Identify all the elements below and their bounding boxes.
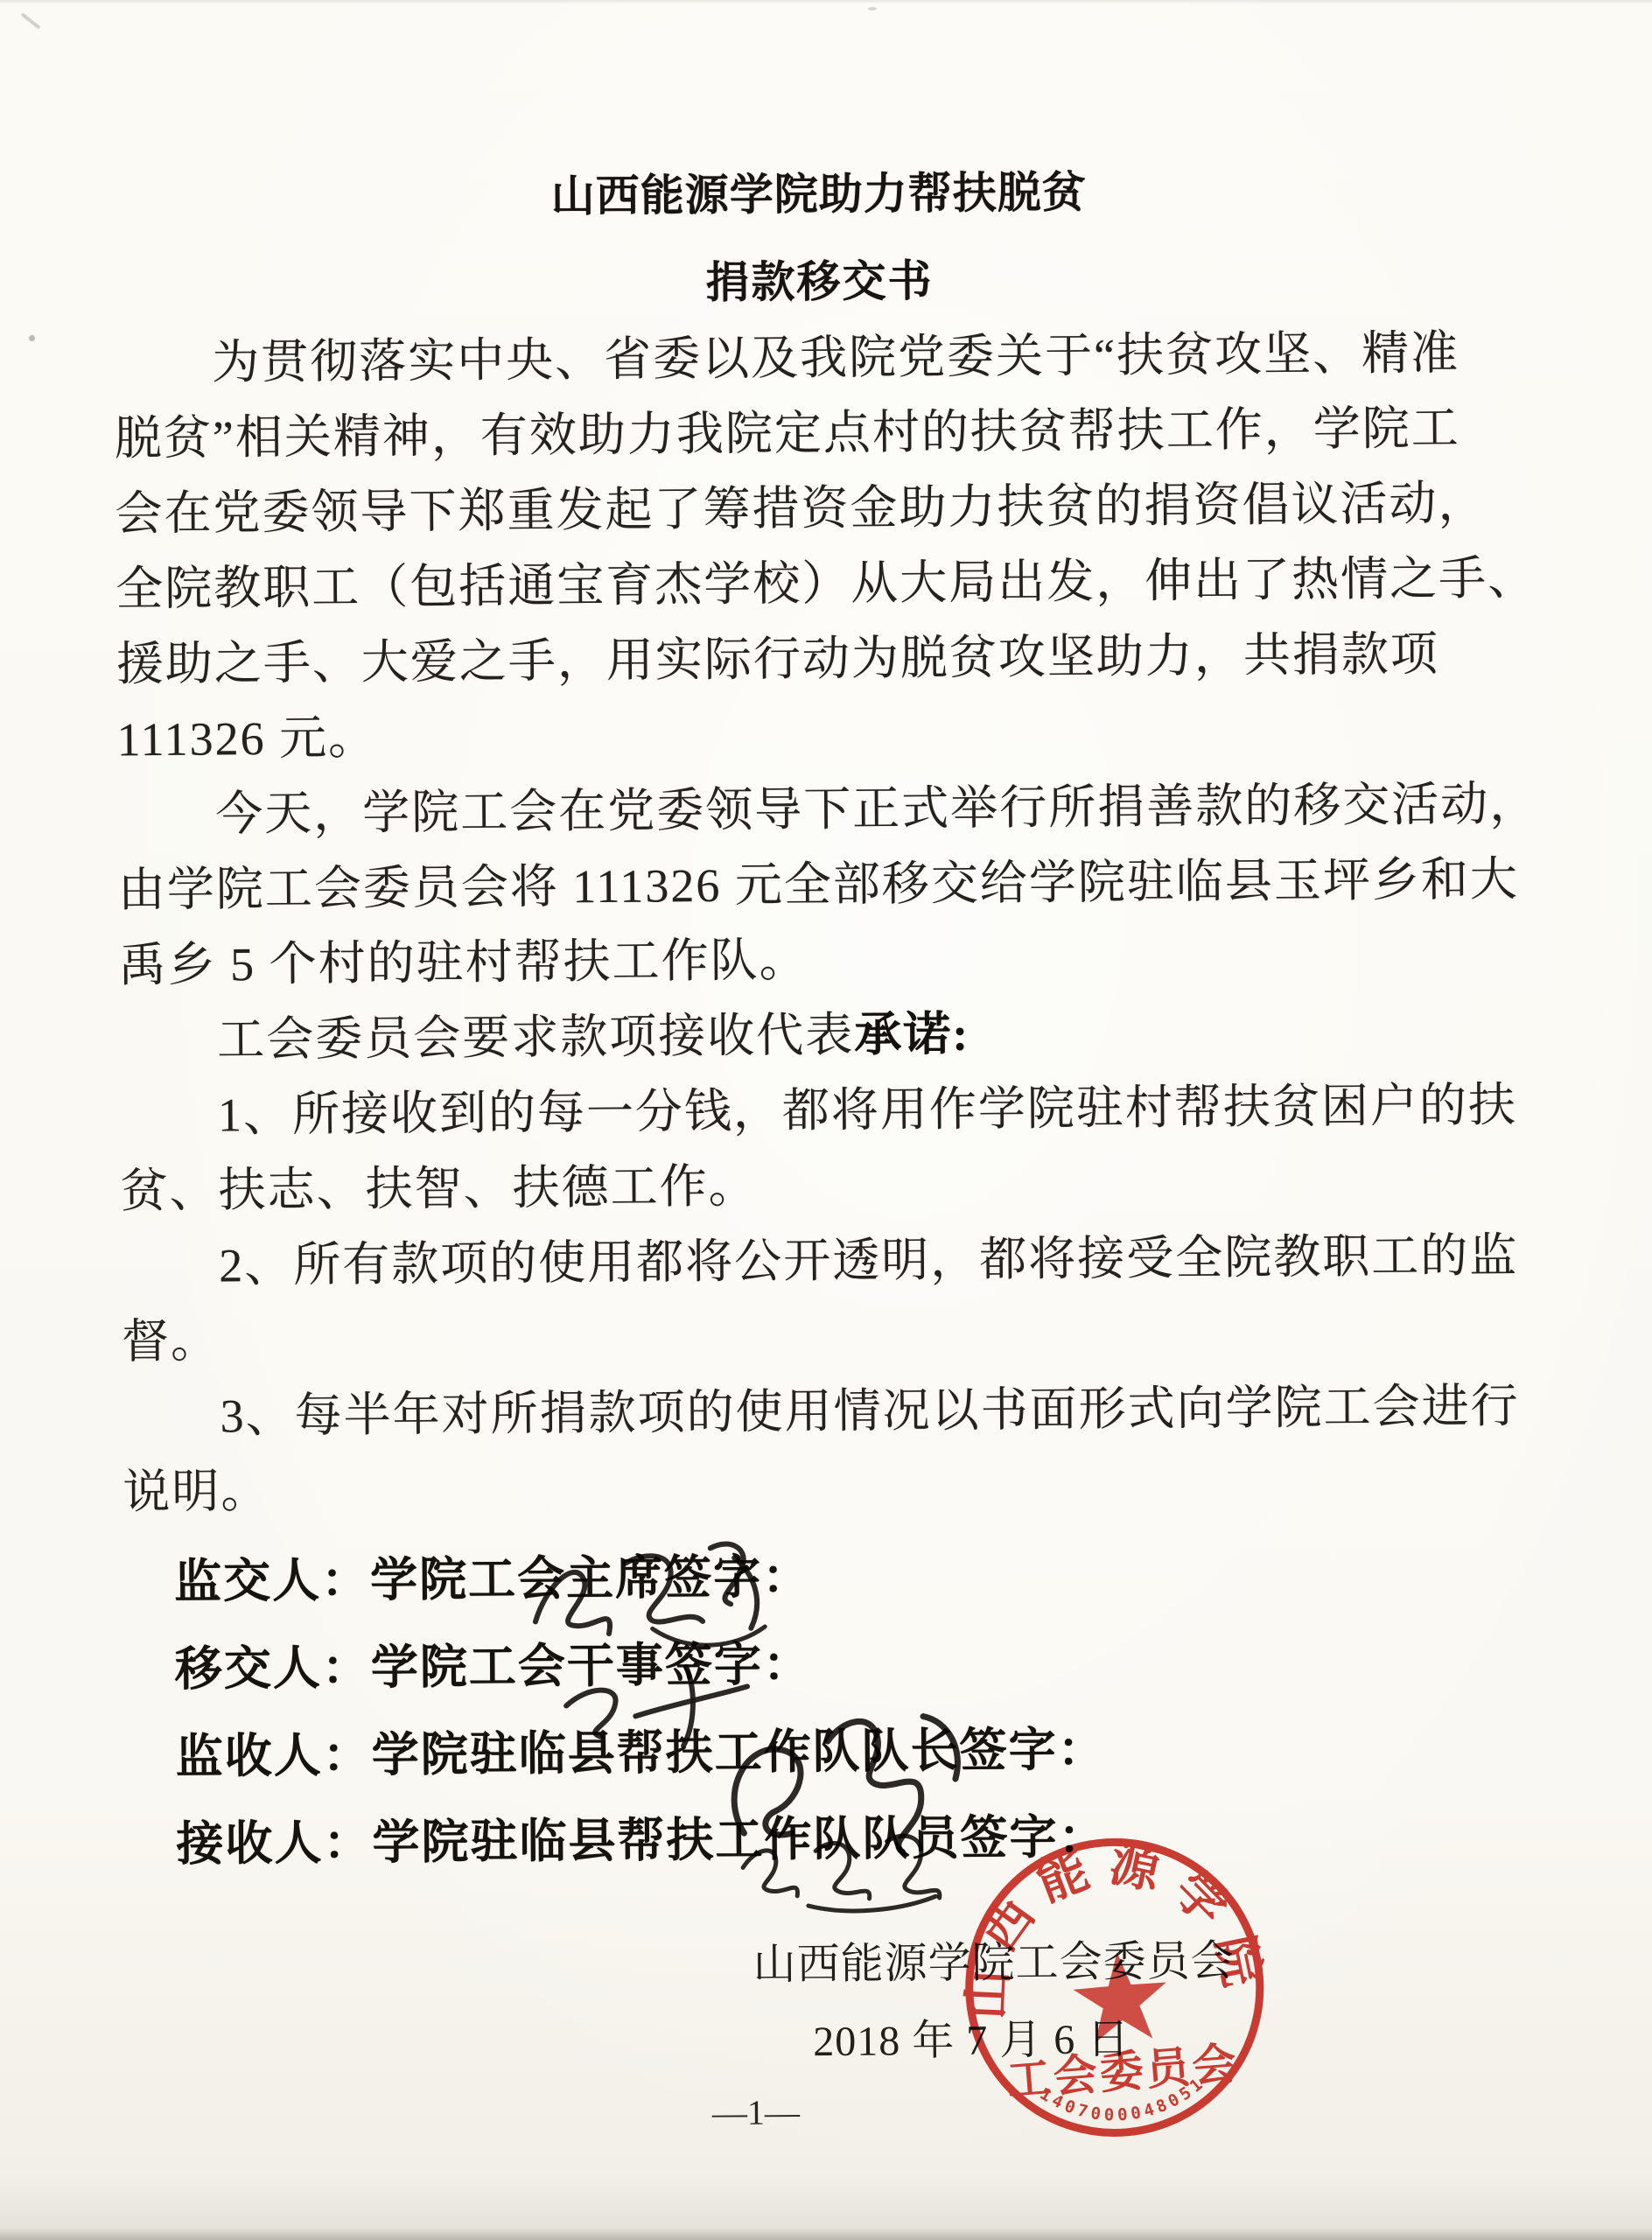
body-line: 脱贫”相关精神，有效助力我院定点村的扶贫帮扶工作，学院工 [115,389,1550,476]
body-line: 禹乡 5 个村的驻村帮扶工作队。 [118,916,1554,1003]
body-line: 3、每半年对所捐款项的使用情况以书面形式向学院工会进行 [122,1368,1557,1454]
scanned-page: 山西能源学院助力帮扶脱贫 捐款移交书 为贯彻落实中央、省委以及我院党委关于“扶贫… [0,0,1652,2240]
page-number: —1— [697,2091,815,2133]
signature-label: 接收人： [176,1816,372,1871]
doc-subtitle: 捐款移交书 [0,241,1646,317]
body-line: 由学院工会委员会将 111326 元全部移交给学院驻临县玉坪乡和大 [118,841,1554,927]
signature-row: 监交人：学院工会主席签字： [174,1527,1559,1625]
body-line: 督。 [122,1292,1557,1379]
signature-label: 监收人： [175,1729,371,1783]
doc-body: 为贯彻落实中央、省委以及我院党委关于“扶贫攻坚、精准 脱贫”相关精神，有效助力我… [114,314,1558,1529]
signature-label: 移交人： [175,1641,371,1696]
body-line: 为贯彻落实中央、省委以及我院党委关于“扶贫攻坚、精准 [114,314,1550,401]
handwritten-signature-team-member [721,1800,954,1915]
body-line: 1、所接收到的每一分钱，都将用作学院驻村帮扶贫困户的扶 [120,1067,1556,1153]
scan-edge [0,0,1652,4]
body-line: 贫、扶志、扶智、扶德工作。 [120,1142,1556,1228]
seal-star [1071,1949,1171,2044]
scan-edge [0,2228,1652,2240]
scan-speck [868,7,877,10]
doc-title: 山西能源学院助力帮扶脱贫 [0,153,1645,229]
body-line: 说明。 [122,1443,1558,1529]
donation-transfer-document: 山西能源学院助力帮扶脱贫 捐款移交书 为贯彻落实中央、省委以及我院党委关于“扶贫… [0,0,1652,2240]
body-line: 今天，学院工会在党委领导下正式举行所捐善款的移交活动， [117,766,1553,852]
body-line: 工会委员会要求款项接收代表承诺: [119,991,1555,1078]
body-line: 会在党委领导下郑重发起了筹措资金助力扶贫的捐资倡议活动， [115,465,1550,551]
body-line: 2、所有款项的使用都将公开透明，都将接受全院教职工的监 [121,1217,1557,1304]
scan-speck [29,335,35,341]
body-line: 全院教职工（包括通宝育杰学校）从大局出发，伸出了热情之手、 [115,540,1551,626]
body-line: 援助之手、大爱之手，用实际行动为脱贫攻坚助力，共捐款项 [116,615,1552,702]
body-line: 111326 元。 [116,690,1552,777]
official-seal: 山西能源学院 工会委员会 1407000048051 [952,1827,1277,2152]
signature-label: 监交人： [174,1554,370,1608]
